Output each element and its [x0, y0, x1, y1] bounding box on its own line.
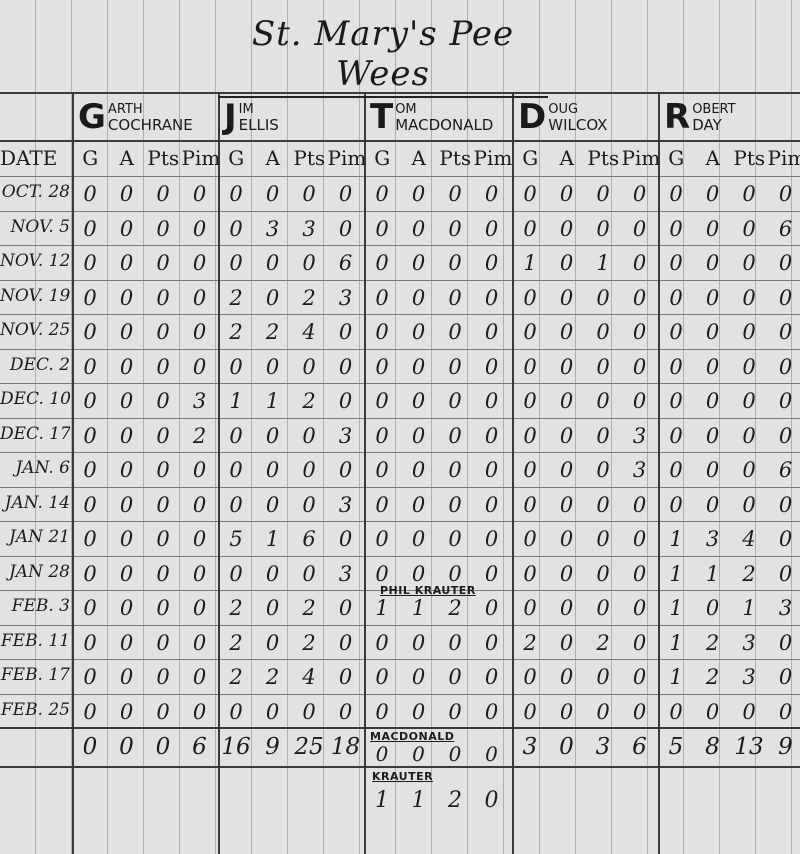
date-label: DEC. 17 — [0, 424, 70, 444]
stat-cell: 0 — [255, 355, 291, 379]
stat-cell: 0 — [291, 700, 327, 724]
stat-cell: 3 — [328, 493, 364, 517]
stat-cell: 0 — [768, 320, 800, 344]
stat-cell: 0 — [731, 458, 767, 482]
stat-cell: 0 — [182, 182, 218, 206]
stat-cell: 1 — [658, 631, 694, 655]
stat-cell: 0 — [401, 562, 437, 586]
stat-cell: 0 — [182, 355, 218, 379]
stat-cell: 1 — [731, 596, 767, 620]
stat-cell: 0 — [512, 493, 548, 517]
stat-cell: 0 — [328, 320, 364, 344]
stat-cell: 0 — [731, 217, 767, 241]
stat-cell: 0 — [401, 458, 437, 482]
stat-cell: 0 — [437, 286, 473, 310]
stat-cell: 0 — [731, 355, 767, 379]
stat-cell: 0 — [549, 389, 585, 413]
stat-cell: 0 — [145, 217, 181, 241]
stat-cell: 0 — [109, 631, 145, 655]
stat-cell: 0 — [768, 562, 800, 586]
stat-cell: 0 — [328, 631, 364, 655]
stat-cell: 0 — [549, 286, 585, 310]
stat-cell: 0 — [182, 562, 218, 586]
stat-cell: 0 — [695, 251, 731, 275]
rule-line — [0, 245, 800, 246]
stat-cell: 0 — [182, 251, 218, 275]
date-label: NOV. 12 — [0, 251, 70, 271]
stat-cell: 2 — [218, 286, 254, 310]
stat-cell: 0 — [768, 493, 800, 517]
stat-cell: 3 — [622, 458, 658, 482]
total-cell: 0 — [474, 742, 510, 766]
stat-cell: 0 — [474, 562, 510, 586]
stat-header-a: A — [695, 146, 732, 176]
stat-cell: 6 — [768, 458, 800, 482]
player-header: GARTHCOCHRANE — [78, 96, 193, 140]
stat-cell: 0 — [218, 562, 254, 586]
stat-cell: 0 — [549, 355, 585, 379]
player-last-name: ELLIS — [239, 117, 279, 134]
total-cell: 0 — [145, 734, 181, 760]
stat-cell: 0 — [622, 700, 658, 724]
stat-cell: 0 — [72, 251, 108, 275]
stat-cell: 0 — [622, 182, 658, 206]
stat-cell: 2 — [218, 596, 254, 620]
date-label: JAN. 6 — [0, 458, 70, 478]
stat-cell: 0 — [474, 700, 510, 724]
stat-cell: 2 — [291, 286, 327, 310]
stat-cell: 0 — [182, 527, 218, 551]
stat-cell: 0 — [364, 562, 400, 586]
stat-cell: 0 — [145, 182, 181, 206]
player-initial: R — [664, 99, 690, 136]
stat-cell: 0 — [364, 251, 400, 275]
stat-cell: 0 — [109, 424, 145, 448]
stat-cell: 0 — [109, 493, 145, 517]
stat-cell: 0 — [549, 424, 585, 448]
stat-cell: 0 — [72, 320, 108, 344]
extra-total-cell: 0 — [474, 788, 510, 813]
stat-cell: 0 — [401, 493, 437, 517]
stat-cell: 0 — [549, 700, 585, 724]
stat-cell: 0 — [512, 355, 548, 379]
stat-header-g: G — [658, 146, 695, 176]
total-cell: 3 — [585, 734, 621, 760]
stat-cell: 0 — [512, 562, 548, 586]
total-cell: 3 — [512, 734, 548, 760]
stat-cell: 0 — [291, 355, 327, 379]
stat-cell: 0 — [622, 355, 658, 379]
stat-cell: 0 — [474, 665, 510, 689]
stat-cell: 1 — [658, 527, 694, 551]
total-cell: 25 — [291, 734, 327, 760]
total-cell: 6 — [182, 734, 218, 760]
stat-cell: 1 — [401, 596, 437, 620]
stat-cell: 0 — [731, 700, 767, 724]
stat-cell: 0 — [255, 596, 291, 620]
stat-cell: 0 — [255, 493, 291, 517]
stat-cell: 0 — [731, 251, 767, 275]
stat-cell: 0 — [622, 389, 658, 413]
stat-cell: 4 — [731, 527, 767, 551]
stat-cell: 2 — [731, 562, 767, 586]
stat-cell: 0 — [328, 596, 364, 620]
stat-cell: 0 — [695, 493, 731, 517]
stat-cell: 1 — [218, 389, 254, 413]
stat-cell: 0 — [291, 562, 327, 586]
total-cell: 13 — [731, 734, 767, 760]
stat-cell: 0 — [109, 217, 145, 241]
stat-cell: 6 — [291, 527, 327, 551]
date-label: NOV. 25 — [0, 320, 70, 340]
stat-cell: 0 — [658, 251, 694, 275]
stat-header-pim: Pim — [622, 146, 659, 176]
stat-cell: 0 — [109, 251, 145, 275]
stat-cell: 0 — [182, 700, 218, 724]
stat-cell: 0 — [72, 389, 108, 413]
stat-cell: 0 — [218, 182, 254, 206]
stat-cell: 3 — [695, 527, 731, 551]
stat-cell: 0 — [291, 251, 327, 275]
player-name: IMELLIS — [239, 103, 279, 134]
stat-cell: 0 — [182, 596, 218, 620]
rule-line — [0, 521, 800, 522]
rule-line — [0, 659, 800, 660]
stat-cell: 0 — [695, 458, 731, 482]
stat-cell: 0 — [255, 458, 291, 482]
rule-line — [0, 140, 800, 142]
stat-cell: 0 — [182, 217, 218, 241]
stat-cell: 0 — [145, 251, 181, 275]
stat-cell: 0 — [437, 700, 473, 724]
stat-cell: 0 — [622, 665, 658, 689]
date-label: FEB. 17 — [0, 665, 70, 685]
stat-cell: 0 — [585, 355, 621, 379]
stat-cell: 0 — [437, 631, 473, 655]
rule-line — [0, 694, 800, 695]
date-label: FEB. 25 — [0, 700, 70, 720]
stat-cell: 0 — [218, 355, 254, 379]
total-cell: 18 — [328, 734, 364, 760]
stat-cell: 0 — [109, 527, 145, 551]
stat-cell: 0 — [658, 458, 694, 482]
stat-cell: 0 — [512, 596, 548, 620]
total-cell: 9 — [255, 734, 291, 760]
stat-cell: 0 — [364, 389, 400, 413]
date-label: JAN. 14 — [0, 493, 70, 513]
stat-cell: 0 — [255, 562, 291, 586]
date-header: DATE — [0, 146, 70, 176]
stat-cell: 0 — [512, 527, 548, 551]
stat-cell: 0 — [512, 665, 548, 689]
stat-cell: 0 — [658, 700, 694, 724]
stat-cell: 0 — [182, 665, 218, 689]
stat-cell: 0 — [437, 217, 473, 241]
stat-cell: 0 — [731, 389, 767, 413]
stat-cell: 0 — [72, 631, 108, 655]
stat-cell: 0 — [364, 424, 400, 448]
stat-cell: 0 — [695, 596, 731, 620]
rule-line — [0, 211, 800, 212]
stat-cell: 0 — [549, 251, 585, 275]
stat-cell: 2 — [182, 424, 218, 448]
stat-cell: 0 — [145, 320, 181, 344]
stat-cell: 6 — [768, 217, 800, 241]
stat-cell: 0 — [768, 424, 800, 448]
stat-cell: 0 — [182, 458, 218, 482]
stat-cell: 0 — [658, 286, 694, 310]
stat-cell: 3 — [622, 424, 658, 448]
stat-cell: 3 — [731, 631, 767, 655]
stat-cell: 0 — [72, 355, 108, 379]
stat-cell: 0 — [145, 562, 181, 586]
stat-cell: 0 — [109, 665, 145, 689]
stat-cell: 0 — [401, 320, 437, 344]
stat-cell: 0 — [474, 458, 510, 482]
stat-cell: 3 — [291, 217, 327, 241]
stat-cell: 0 — [474, 596, 510, 620]
stat-cell: 0 — [145, 631, 181, 655]
stat-cell: 0 — [549, 458, 585, 482]
player-initial: T — [370, 99, 393, 136]
stat-cell: 0 — [145, 700, 181, 724]
stat-cell: 0 — [474, 355, 510, 379]
player-name: OBERTDAY — [692, 103, 735, 134]
stat-cell: 0 — [255, 700, 291, 724]
date-label: FEB. 11 — [0, 631, 70, 651]
extra-label: KRAUTER — [372, 770, 433, 783]
stat-header-pts: Pts — [731, 146, 768, 176]
stat-cell: 0 — [622, 217, 658, 241]
total-cell: 0 — [72, 734, 108, 760]
stat-cell: 0 — [549, 631, 585, 655]
stat-cell: 0 — [218, 458, 254, 482]
player-last-name: DAY — [692, 117, 735, 134]
stat-cell: 0 — [182, 286, 218, 310]
stat-cell: 0 — [291, 424, 327, 448]
player-initial: J — [224, 99, 237, 136]
stat-cell: 0 — [218, 217, 254, 241]
stat-cell: 0 — [474, 631, 510, 655]
stat-cell: 0 — [658, 493, 694, 517]
player-first-name: OUG — [548, 103, 607, 117]
stat-cell: 0 — [585, 596, 621, 620]
stat-cell: 0 — [255, 631, 291, 655]
stat-cell: 0 — [549, 527, 585, 551]
stat-cell: 0 — [145, 665, 181, 689]
total-cell: 8 — [695, 734, 731, 760]
stat-cell: 1 — [255, 389, 291, 413]
stat-cell: 0 — [364, 458, 400, 482]
stat-cell: 0 — [72, 493, 108, 517]
stat-cell: 0 — [512, 217, 548, 241]
stat-cell: 0 — [328, 355, 364, 379]
stat-cell: 0 — [474, 217, 510, 241]
stat-header-g: G — [218, 146, 255, 176]
stat-cell: 0 — [474, 527, 510, 551]
stat-header-pim: Pim — [182, 146, 219, 176]
stat-cell: 0 — [622, 631, 658, 655]
stat-cell: 5 — [218, 527, 254, 551]
date-label: FEB. 3 — [0, 596, 70, 616]
stat-cell: 0 — [768, 182, 800, 206]
stat-cell: 0 — [437, 424, 473, 448]
stat-cell: 0 — [731, 286, 767, 310]
stat-cell: 1 — [695, 562, 731, 586]
stat-cell: 0 — [364, 320, 400, 344]
stat-cell: 4 — [291, 320, 327, 344]
stat-cell: 0 — [622, 596, 658, 620]
stat-cell: 0 — [768, 631, 800, 655]
stat-cell: 0 — [768, 355, 800, 379]
player-name: OMMACDONALD — [395, 103, 493, 134]
stat-cell: 0 — [658, 320, 694, 344]
stat-cell: 0 — [512, 320, 548, 344]
stat-cell: 0 — [255, 182, 291, 206]
player-header: ROBERTDAY — [664, 96, 736, 140]
stat-cell: 0 — [585, 700, 621, 724]
stat-cell: 0 — [328, 458, 364, 482]
rule-line — [0, 314, 800, 315]
extra-total-cell: 1 — [364, 788, 400, 813]
stat-cell: 1 — [658, 562, 694, 586]
stat-cell: 0 — [145, 424, 181, 448]
stat-cell: 2 — [695, 665, 731, 689]
stat-cell: 0 — [695, 424, 731, 448]
stat-cell: 0 — [401, 527, 437, 551]
stat-cell: 0 — [695, 182, 731, 206]
stat-header-g: G — [512, 146, 549, 176]
stat-cell: 1 — [364, 596, 400, 620]
stat-cell: 2 — [695, 631, 731, 655]
extra-total-cell: 2 — [437, 788, 473, 813]
player-first-name: IM — [239, 103, 279, 117]
stat-cell: 0 — [768, 700, 800, 724]
stat-cell: 0 — [658, 389, 694, 413]
totals-rule — [0, 766, 800, 768]
stat-cell: 0 — [695, 217, 731, 241]
total-cell: 5 — [658, 734, 694, 760]
stat-cell: 0 — [109, 182, 145, 206]
stat-cell: 0 — [437, 562, 473, 586]
stat-cell: 0 — [437, 493, 473, 517]
rule-line — [0, 349, 800, 350]
stat-cell: 0 — [474, 251, 510, 275]
stat-cell: 0 — [695, 286, 731, 310]
stat-cell: 0 — [474, 389, 510, 413]
player-last-name: COCHRANE — [108, 117, 193, 134]
stat-cell: 0 — [437, 320, 473, 344]
stat-cell: 0 — [401, 389, 437, 413]
stat-cell: 0 — [585, 217, 621, 241]
stat-header-pts: Pts — [437, 146, 474, 176]
rule-line — [0, 452, 800, 453]
stat-cell: 0 — [364, 700, 400, 724]
stat-cell: 0 — [474, 286, 510, 310]
stat-cell: 0 — [549, 217, 585, 241]
total-cell: 0 — [401, 742, 437, 766]
stat-cell: 0 — [437, 458, 473, 482]
stat-cell: 0 — [731, 320, 767, 344]
stat-cell: 0 — [145, 458, 181, 482]
stat-cell: 1 — [255, 527, 291, 551]
totals-rule — [0, 727, 800, 729]
stat-cell: 2 — [291, 596, 327, 620]
stat-cell: 0 — [145, 389, 181, 413]
stat-cell: 0 — [437, 665, 473, 689]
stat-cell: 0 — [658, 424, 694, 448]
stat-cell: 0 — [401, 182, 437, 206]
page-title: St. Mary's Pee Wees — [218, 14, 548, 98]
stat-header-pim: Pim — [328, 146, 365, 176]
player-header: JIMELLIS — [224, 96, 279, 140]
stat-cell: 0 — [585, 493, 621, 517]
stat-cell: 0 — [512, 286, 548, 310]
stat-cell: 0 — [218, 493, 254, 517]
rule-line — [0, 556, 800, 557]
stat-header-pts: Pts — [145, 146, 182, 176]
stat-header-a: A — [109, 146, 146, 176]
stat-cell: 0 — [622, 286, 658, 310]
stat-cell: 0 — [328, 700, 364, 724]
stat-cell: 0 — [585, 286, 621, 310]
stat-cell: 0 — [437, 389, 473, 413]
stat-cell: 2 — [218, 665, 254, 689]
player-first-name: OM — [395, 103, 493, 117]
stat-cell: 0 — [622, 562, 658, 586]
stat-cell: 2 — [291, 389, 327, 413]
stat-header-pts: Pts — [291, 146, 328, 176]
stat-cell: 0 — [364, 286, 400, 310]
stat-cell: 0 — [109, 458, 145, 482]
stat-cell: 0 — [328, 217, 364, 241]
stat-cell: 0 — [145, 493, 181, 517]
stat-cell: 0 — [364, 182, 400, 206]
stat-cell: 2 — [291, 631, 327, 655]
stat-cell: 0 — [145, 286, 181, 310]
stat-cell: 0 — [585, 458, 621, 482]
stat-cell: 0 — [512, 182, 548, 206]
stat-cell: 6 — [328, 251, 364, 275]
date-label: DEC. 10 — [0, 389, 70, 409]
stat-cell: 0 — [328, 389, 364, 413]
rule-line — [0, 176, 800, 177]
stat-cell: 0 — [109, 320, 145, 344]
stat-cell: 0 — [401, 665, 437, 689]
total-cell: 16 — [218, 734, 254, 760]
stat-cell: 0 — [549, 493, 585, 517]
stat-cell: 0 — [768, 389, 800, 413]
stat-cell: 0 — [182, 320, 218, 344]
stat-cell: 0 — [328, 527, 364, 551]
stat-cell: 3 — [182, 389, 218, 413]
stat-cell: 0 — [549, 665, 585, 689]
total-cell: 9 — [768, 734, 800, 760]
stat-cell: 0 — [182, 631, 218, 655]
date-label: OCT. 28 — [0, 182, 70, 202]
stat-cell: 0 — [291, 458, 327, 482]
stat-cell: 0 — [585, 320, 621, 344]
player-header: DOUGWILCOX — [518, 96, 607, 140]
player-last-name: WILCOX — [548, 117, 607, 134]
stat-cell: 0 — [364, 355, 400, 379]
extra-total-cell: 1 — [401, 788, 437, 813]
stat-cell: 2 — [255, 665, 291, 689]
stat-cell: 0 — [109, 596, 145, 620]
stat-cell: 0 — [731, 182, 767, 206]
stat-cell: 0 — [401, 631, 437, 655]
stat-cell: 0 — [622, 527, 658, 551]
